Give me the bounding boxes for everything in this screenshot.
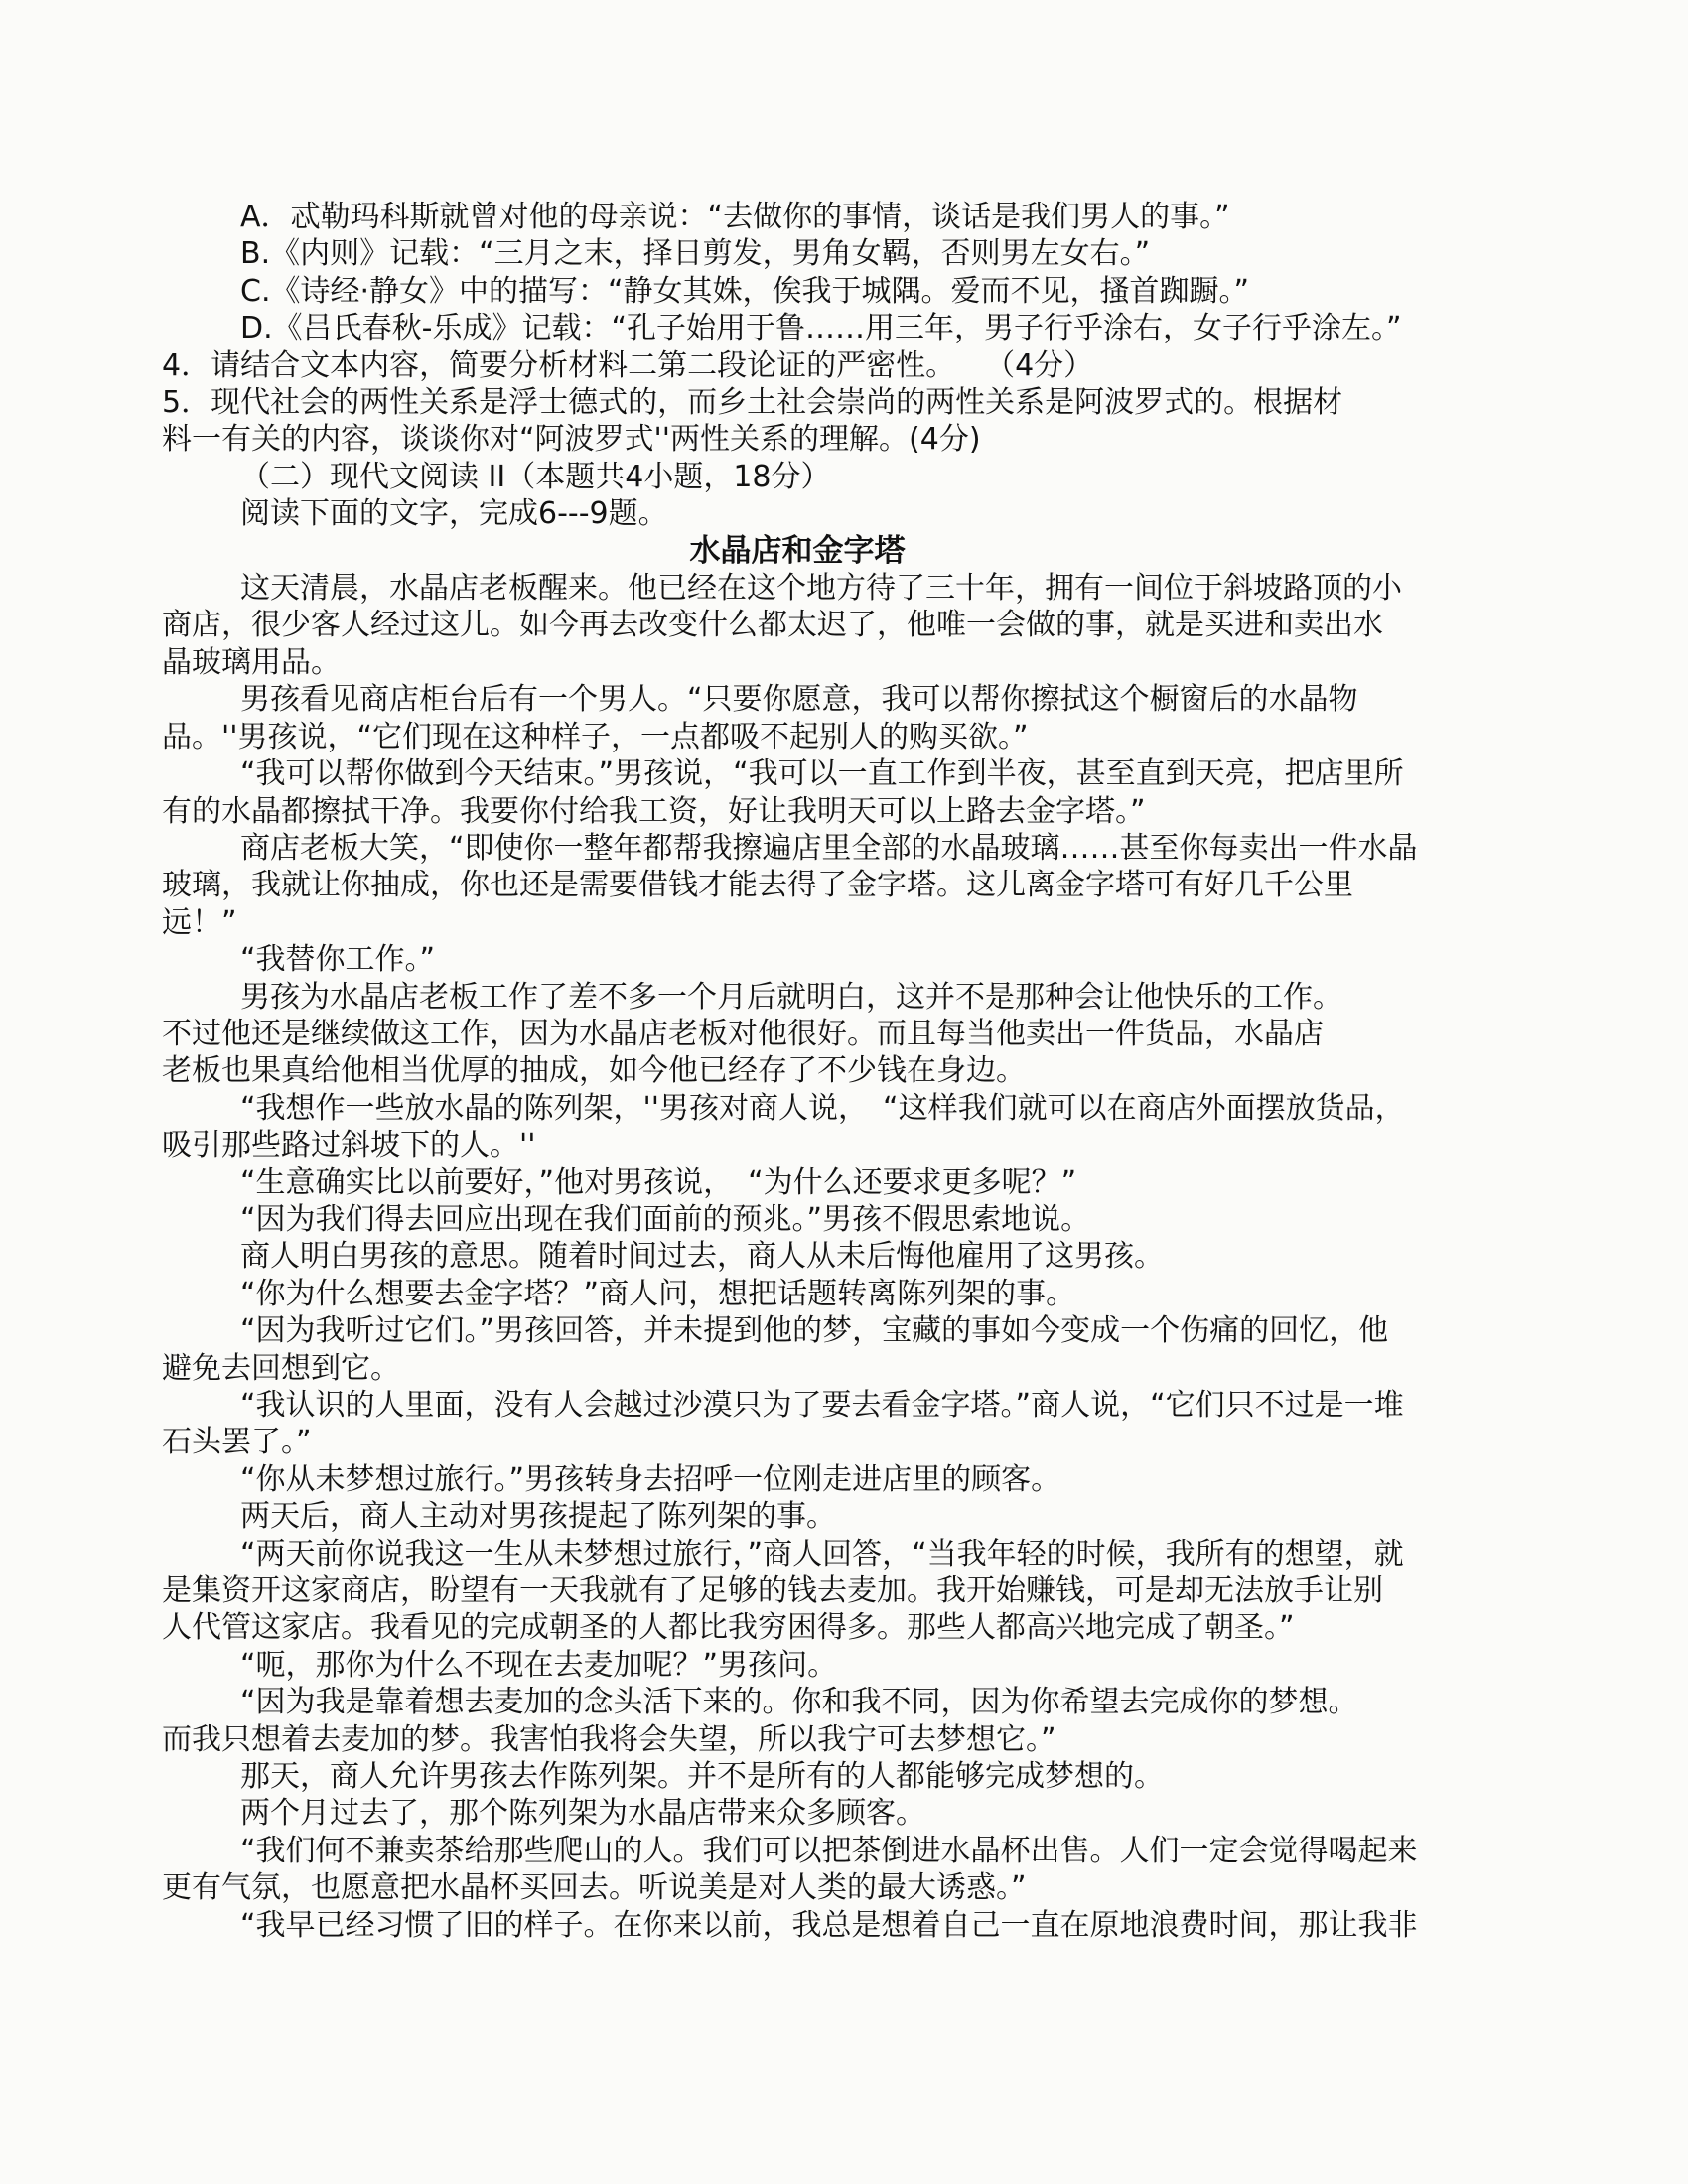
text-line: “我可以帮你做到今天结束。”男孩说，“我可以一直工作到半夜，甚至直到天亮，把店里… [162,755,1453,792]
text-line: 玻璃，我就让你抽成，你也还是需要借钱才能去得了金字塔。这儿离金字塔可有好几千公里 [162,867,1453,903]
text-line: 品。''男孩说，“它们现在这种样子，一点都吸不起别人的购买欲。” [162,719,1453,755]
story-title: 水晶店和金字塔 [162,533,1433,570]
text-line: “我想作一些放水晶的陈列架，''男孩对商人说， “这样我们就可以在商店外面摆放货… [162,1090,1453,1127]
text-line: 商店老板大笑，“即使你一整年都帮我擦遍店里全部的水晶玻璃……甚至你每卖出一件水晶 [162,830,1453,867]
text-line: A．忒勒玛科斯就曾对他的母亲说：“去做你的事情，谈话是我们男人的事。” [162,199,1453,235]
text-line: 不过他还是继续做这工作，因为水晶店老板对他很好。而且每当他卖出一件货品，水晶店 [162,1016,1453,1052]
text-line: 料一有关的内容，谈谈你对“阿波罗式''两性关系的理解。(4分) [162,421,1453,458]
text-line: “你为什么想要去金字塔？”商人问，想把话题转离陈列架的事。 [162,1276,1453,1312]
text-line: 商店，很少客人经过这儿。如今再去改变什么都太迟了，他唯一会做的事，就是买进和卖出… [162,607,1453,643]
text-line: 远！” [162,904,1453,941]
text-line: “我早已经习惯了旧的样子。在你来以前，我总是想着自己一直在原地浪费时间，那让我非 [162,1907,1453,1944]
text-line: “因为我是靠着想去麦加的念头活下来的。你和我不同，因为你希望去完成你的梦想。 [162,1684,1453,1720]
document-body: A．忒勒玛科斯就曾对他的母亲说：“去做你的事情，谈话是我们男人的事。”B.《内则… [162,199,1453,1944]
text-line: 而我只想着去麦加的梦。我害怕我将会失望，所以我宁可去梦想它。” [162,1721,1453,1758]
text-line: 商人明白男孩的意思。随着时间过去，商人从未后悔他雇用了这男孩。 [162,1238,1453,1275]
text-line: 男孩看见商店柜台后有一个男人。“只要你愿意，我可以帮你擦拭这个橱窗后的水晶物 [162,681,1453,718]
text-line: “呃，那你为什么不现在去麦加呢？”男孩问。 [162,1647,1453,1684]
text-line: （二）现代文阅读 II（本题共4小题，18分） [162,459,1453,495]
text-line: 4．请结合文本内容，简要分析材料二第二段论证的严密性。 （4分） [162,347,1453,384]
text-line: 这天清晨，水晶店老板醒来。他已经在这个地方待了三十年，拥有一间位于斜坡路顶的小 [162,570,1453,607]
text-line: “因为我听过它们。”男孩回答，并未提到他的梦，宝藏的事如今变成一个伤痛的回忆，他 [162,1312,1453,1349]
text-line: 5．现代社会的两性关系是浮士德式的，而乡土社会崇尚的两性关系是阿波罗式的。根据材 [162,384,1453,421]
text-line: B.《内则》记载：“三月之末，择日剪发，男角女羁，否则男左女右。” [162,235,1453,272]
question-section: A．忒勒玛科斯就曾对他的母亲说：“去做你的事情，谈话是我们男人的事。”B.《内则… [162,199,1453,533]
text-line: 更有气氛，也愿意把水晶杯买回去。听说美是对人类的最大诱惑。” [162,1869,1453,1906]
text-line: “我替你工作。” [162,941,1453,978]
text-line: C.《诗经·静女》中的描写：“静女其姝，俟我于城隅。爱而不见，搔首踟蹰。” [162,273,1453,310]
text-line: 是集资开这家商店，盼望有一天我就有了足够的钱去麦加。我开始赚钱，可是却无法放手让… [162,1572,1453,1609]
text-line: “我们何不兼卖茶给那些爬山的人。我们可以把茶倒进水晶杯出售。人们一定会觉得喝起来 [162,1833,1453,1869]
text-line: 阅读下面的文字，完成6---9题。 [162,495,1453,532]
text-line: D.《吕氏春秋-乐成》记载：“孔子始用于鲁……用三年，男子行乎涂右，女子行乎涂左… [162,310,1453,346]
text-line: “因为我们得去回应出现在我们面前的预兆。”男孩不假思索地说。 [162,1201,1453,1238]
text-line: “两天前你说我这一生从未梦想过旅行，”商人回答，“当我年轻的时候，我所有的想望，… [162,1536,1453,1572]
text-line: 男孩为水晶店老板工作了差不多一个月后就明白，这并不是那种会让他快乐的工作。 [162,979,1453,1016]
text-line: “你从未梦想过旅行。”男孩转身去招呼一位刚走进店里的顾客。 [162,1461,1453,1498]
text-line: 两个月过去了，那个陈列架为水晶店带来众多顾客。 [162,1795,1453,1832]
text-line: 两天后，商人主动对男孩提起了陈列架的事。 [162,1498,1453,1535]
scanned-exam-page: { "page": { "background": "#fbfbf9", "in… [0,0,1688,2184]
text-line: 晶玻璃用品。 [162,644,1453,681]
text-line: 人代管这家店。我看见的完成朝圣的人都比我穷困得多。那些人都高兴地完成了朝圣。” [162,1609,1453,1646]
story-section: 这天清晨，水晶店老板醒来。他已经在这个地方待了三十年，拥有一间位于斜坡路顶的小商… [162,570,1453,1944]
text-line: 吸引那些路过斜坡下的人。'' [162,1127,1453,1163]
text-line: “生意确实比以前要好，”他对男孩说， “为什么还要求更多呢？” [162,1164,1453,1201]
text-line: “我认识的人里面，没有人会越过沙漠只为了要去看金字塔。”商人说，“它们只不过是一… [162,1387,1453,1424]
text-line: 老板也果真给他相当优厚的抽成，如今他已经存了不少钱在身边。 [162,1052,1453,1089]
text-line: 避免去回想到它。 [162,1350,1453,1387]
text-line: 石头罢了。” [162,1424,1453,1460]
text-line: 那天，商人允许男孩去作陈列架。并不是所有的人都能够完成梦想的。 [162,1758,1453,1795]
text-line: 有的水晶都擦拭干净。我要你付给我工资，好让我明天可以上路去金字塔。” [162,793,1453,830]
